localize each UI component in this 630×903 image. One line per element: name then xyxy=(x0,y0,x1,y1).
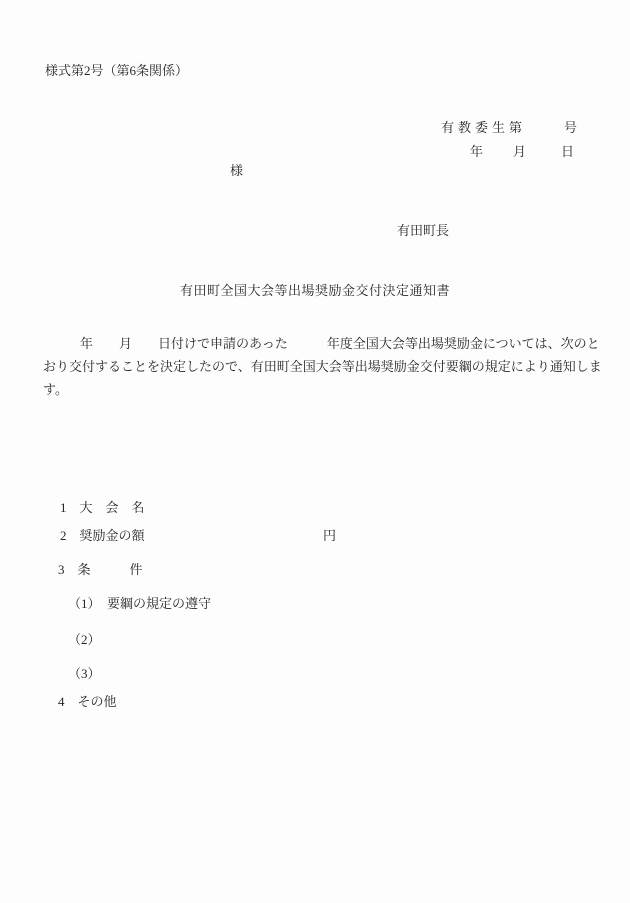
condition-3: （3） xyxy=(68,666,101,681)
date-month-label: 月 xyxy=(513,144,526,159)
yen-unit-label: 円 xyxy=(323,528,336,543)
addressee-honorific: 様 xyxy=(230,163,243,178)
date-year-label: 年 xyxy=(470,144,483,159)
date-line: 年月日 xyxy=(457,129,574,174)
form-number-label: 様式第2号（第6条関係） xyxy=(45,63,188,78)
date-day-label: 日 xyxy=(561,144,574,159)
body-paragraph-line-3: す。 xyxy=(43,382,68,397)
list-item-4-other: 4 その他 xyxy=(58,694,117,709)
list-item-2-incentive-amount: 2 奨励金の額 xyxy=(60,528,145,543)
list-item-1-tournament-name: 1 大 会 名 xyxy=(60,500,145,515)
condition-2: （2） xyxy=(68,632,101,647)
body-paragraph-line-1: 年 月 日付けで申請のあった 年度全国大会等出場奨励金については、次のと xyxy=(80,336,600,351)
list-item-3-conditions: 3 条 件 xyxy=(58,562,143,577)
condition-1-compliance: （1） 要綱の規定の遵守 xyxy=(68,596,211,611)
body-paragraph-line-2: おり交付することを決定したので、有田町全国大会等出場奨励金交付要綱の規定により通… xyxy=(43,359,602,374)
sender-title: 有田町長 xyxy=(397,223,449,238)
document-title: 有田町全国大会等出場奨励金交付決定通知書 xyxy=(0,283,630,298)
document-page: 様式第2号（第6条関係） 有教委生第号 年月日 様 有田町長 有田町全国大会等出… xyxy=(0,0,630,903)
